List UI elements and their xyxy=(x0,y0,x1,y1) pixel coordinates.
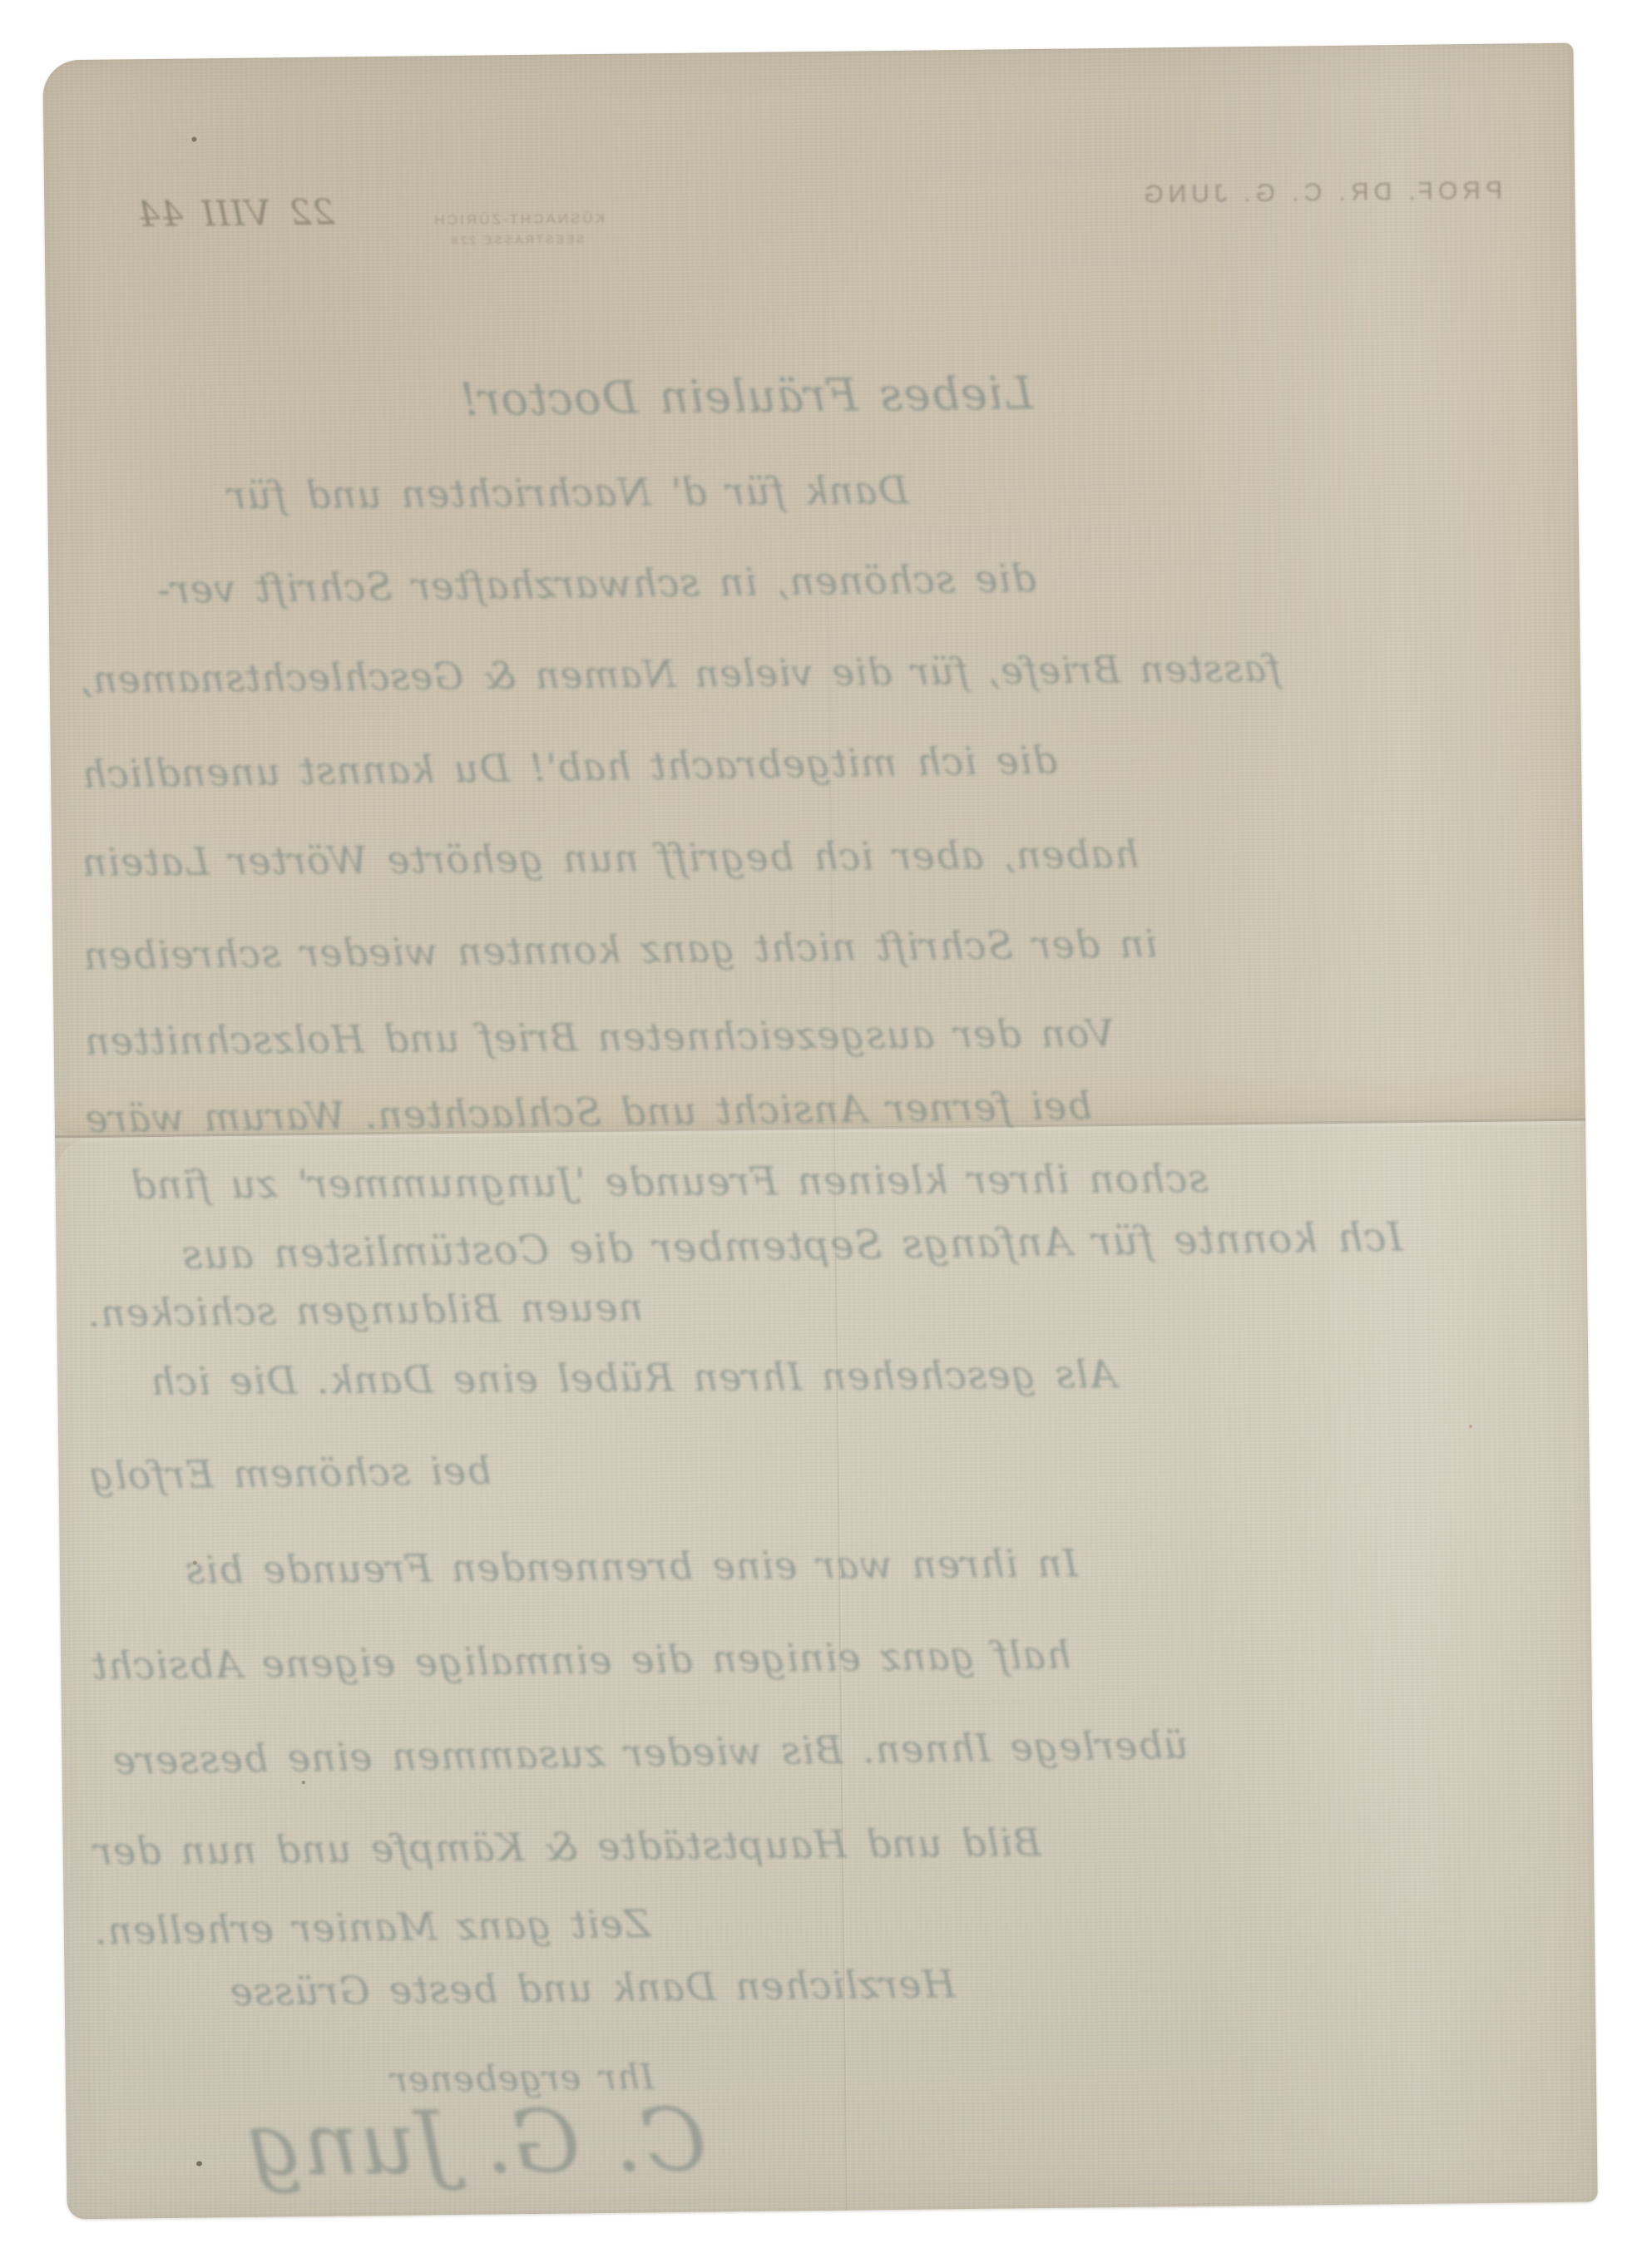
letterhead-address-line1-mirrored: KÜSNACHT-ZÜRICH xyxy=(432,210,605,229)
handwriting-line-mirrored: schon ihrer kleinen Freunde 'Jungnummer'… xyxy=(131,1156,1209,1208)
letterhead-address-line2-mirrored: SEESTRASSE 228 xyxy=(449,232,585,247)
foxing-speck xyxy=(1469,1425,1472,1428)
foxing-speck xyxy=(191,136,196,141)
handwriting-line-mirrored: Dank für d' Nachrichten und für xyxy=(227,467,909,517)
handwriting-line-mirrored: fassten Briefe, für die vielen Namen & G… xyxy=(80,646,1282,702)
handwriting-line-mirrored: haben, aber ich begriff nun gehörte Wört… xyxy=(82,832,1140,885)
letterhead-name-printed-mirrored: PROF. DR. C. G. JUNG xyxy=(1139,177,1502,210)
signature-cg-jung-mirrored: C. G. Jung xyxy=(245,2089,707,2196)
handwriting-line-mirrored: Ich konnte für Anfangs September die Cos… xyxy=(181,1214,1402,1279)
handwritten-date-mirrored: 22 VIII 44 xyxy=(136,192,334,235)
handwriting-line-mirrored: überlege Ihnen. Bis wieder zusammen eine… xyxy=(111,1722,1188,1783)
scanned-letter-photo: PROF. DR. C. G. JUNG KÜSNACHT-ZÜRICH SEE… xyxy=(0,0,1637,2268)
foxing-speck xyxy=(193,1561,197,1565)
horizontal-fold-crease xyxy=(55,1119,1585,1139)
letter-paper-sheet: PROF. DR. C. G. JUNG KÜSNACHT-ZÜRICH SEE… xyxy=(42,43,1597,2220)
handwriting-line-mirrored: Zeit ganz Manier erhellen. xyxy=(93,1901,650,1954)
handwriting-line-mirrored: half ganz einigen die einmalige eigene A… xyxy=(91,1633,1071,1688)
paper-tone-patch xyxy=(55,1122,1598,2220)
salutation-line-mirrored: Liebes Fräulein Doctor! xyxy=(459,367,1034,426)
handwriting-line-mirrored: In ihren war eine brennenden Freunde bis xyxy=(185,1540,1079,1592)
handwriting-line-mirrored: die schönen, in schwarzhafter Schrift ve… xyxy=(156,556,1036,612)
handwriting-line-mirrored: Bild und Hauptstädte & Kämpfe und nun de… xyxy=(93,1820,1041,1874)
foxing-speck xyxy=(196,2162,202,2167)
letter-body-handwriting: Dank für d' Nachrichten und fürdie schön… xyxy=(42,43,1573,61)
handwriting-line-mirrored: die ich mitgebracht hab'! Du kannst unen… xyxy=(81,738,1057,797)
handwriting-line-mirrored: neuen Bildungen schicken. xyxy=(87,1284,643,1336)
foxing-speck xyxy=(302,1781,305,1784)
handwriting-line-mirrored: bei schönem Erfolg xyxy=(88,1448,492,1498)
handwriting-line-mirrored: in der Schrift nicht ganz konnten wieder… xyxy=(82,921,1157,978)
handwriting-line-mirrored: Von der ausgezeichneten Brief und Holzsc… xyxy=(84,1010,1115,1064)
handwriting-line-mirrored: Als geschehen Ihren Rübel eine Dank. Die… xyxy=(149,1351,1116,1404)
valediction-line-mirrored: Ihr ergebener xyxy=(390,2056,655,2100)
